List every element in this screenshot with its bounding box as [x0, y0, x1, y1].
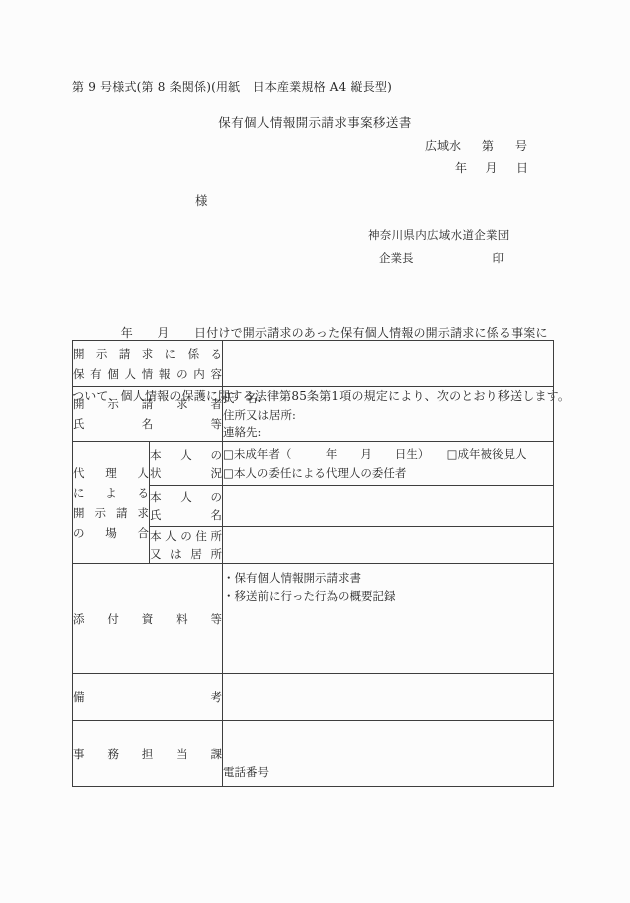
office-label: 事務担当課 [73, 721, 223, 787]
remarks-value [223, 674, 554, 721]
seal-placeholder: 印 [493, 250, 505, 266]
addressee-suffix: 様 [195, 191, 208, 209]
requester-address-field: 住所又は居所: [223, 407, 553, 424]
date-line: 年 月 日 [455, 159, 528, 176]
office-phone-label: 電話番号 [223, 721, 554, 787]
principal-address-value [223, 527, 554, 564]
form-sheet: 第 9 号様式(第 8 条関係)(用紙 日本産業規格 A4 縦長型) 保有個人情… [0, 0, 630, 903]
row-attachments: 添付資料等 ・保有個人情報開示請求書 ・移送前に行った行為の概要記録 [73, 564, 554, 674]
row-principal-status: 代理人 による 開示請求 の場合 本人の 状況 □未成年者（ 年 月 日生） □… [73, 442, 554, 486]
attachment-item-1: ・保有個人情報開示請求書 [223, 569, 553, 587]
attachments-label: 添付資料等 [73, 564, 223, 674]
form-number-line: 第 9 号様式(第 8 条関係)(用紙 日本産業規格 A4 縦長型) [72, 78, 392, 95]
agent-request-group-label: 代理人 による 開示請求 の場合 [73, 442, 150, 564]
sender-organization: 神奈川県内広域水道企業団 [368, 227, 510, 243]
doc-number-prefix: 広域水 [425, 137, 461, 154]
attachments-value: ・保有個人情報開示請求書 ・移送前に行った行為の概要記録 [223, 564, 554, 674]
transfer-form-table: 開示請求に係る 保有個人情報の内容 開示請求者 氏名等 氏 名: 住所又は居所:… [72, 340, 554, 787]
row-office: 事務担当課 電話番号 [73, 721, 554, 787]
remarks-label: 備考 [73, 674, 223, 721]
principal-status-label: 本人の 状況 [150, 442, 223, 486]
requester-name-field: 氏 名: [223, 390, 553, 407]
principal-address-label: 本人の住所 又は居所 [150, 527, 223, 564]
doc-number-counter: 第 [482, 137, 494, 154]
row-remarks: 備考 [73, 674, 554, 721]
principal-name-label: 本人の 氏名 [150, 486, 223, 527]
requester-contact-field: 連絡先: [223, 424, 553, 441]
delegation-checkbox-line: □本人の委任による代理人の委任者 [223, 464, 553, 483]
date-day-label: 日 [516, 159, 528, 176]
principal-status-value: □未成年者（ 年 月 日生） □成年被後見人 □本人の委任による代理人の委任者 [223, 442, 554, 486]
document-number-line: 広域水 第 号 [425, 137, 527, 154]
row-request-content: 開示請求に係る 保有個人情報の内容 [73, 341, 554, 387]
row-requester: 開示請求者 氏名等 氏 名: 住所又は居所: 連絡先: [73, 387, 554, 442]
principal-name-value [223, 486, 554, 527]
requester-value: 氏 名: 住所又は居所: 連絡先: [223, 387, 554, 442]
sender-title: 企業長 [379, 250, 414, 266]
minor-checkbox-line: □未成年者（ 年 月 日生） □成年被後見人 [223, 445, 553, 464]
page-title: 保有個人情報開示請求事案移送書 [0, 113, 630, 131]
doc-number-suffix: 号 [515, 137, 527, 154]
requester-label: 開示請求者 氏名等 [73, 387, 223, 442]
attachment-item-2: ・移送前に行った行為の概要記録 [223, 587, 553, 605]
request-content-label: 開示請求に係る 保有個人情報の内容 [73, 341, 223, 387]
sender-title-line: 企業長 印 [379, 250, 504, 266]
date-year-label: 年 [455, 159, 467, 176]
request-content-value [223, 341, 554, 387]
date-month-label: 月 [485, 159, 497, 176]
